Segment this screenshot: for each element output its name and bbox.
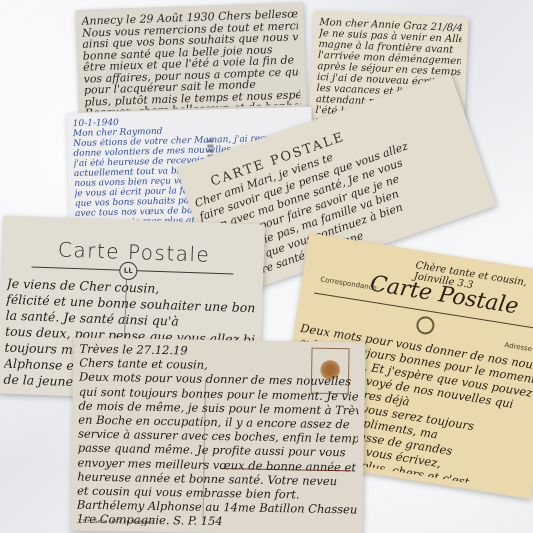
printed-correspondance-label: Correspondance [320,275,378,292]
handwritten-text: Trèves le 27.12.19 Chers tante et cousin… [76,342,359,530]
printed-title: Carte Postale [58,237,211,266]
printed-adresse-label: Adresse [504,341,533,353]
publisher-logo-icon: LL [119,262,138,281]
emblem-icon [415,315,436,336]
postcard-treves: Trèves le 27.12.19 Chers tante et cousin… [70,337,365,533]
handwritten-text: Annecy le 29 Août 1930 Chers bellesœurNo… [81,8,300,111]
postcard-annecy: Annecy le 29 Août 1930 Chers bellesœurNo… [75,2,307,118]
printer-mark: T.S.H. Serie 1897. (6 Modèles) [78,519,153,526]
